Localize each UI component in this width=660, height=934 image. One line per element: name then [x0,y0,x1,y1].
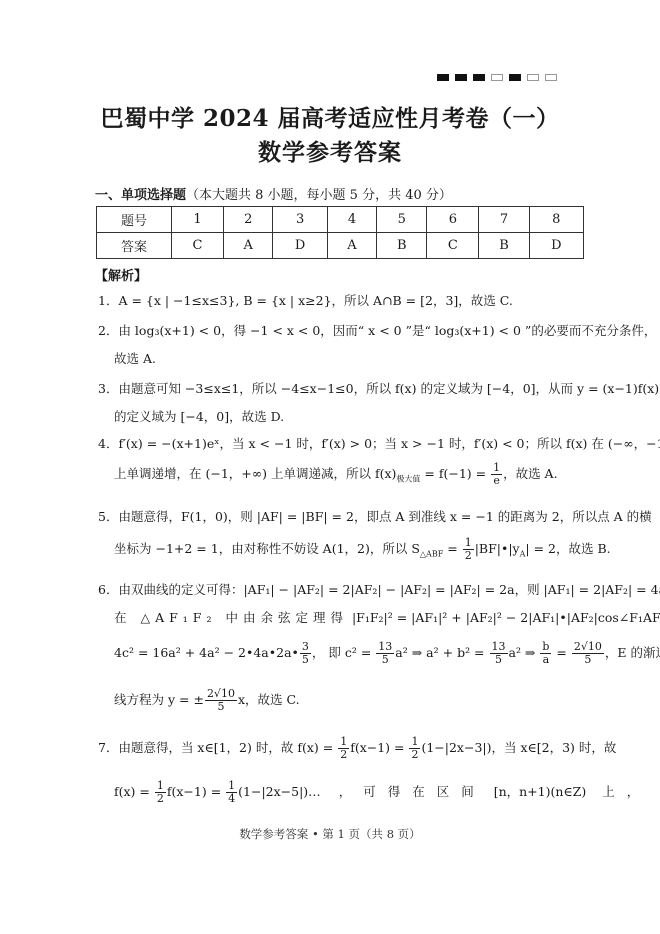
solution-5-line-2: 坐标为 −1+2 = 1，由对称性不妨设 A(1，2)，所以 S△ABF = 1… [114,537,611,564]
solution-6-line-3: 4c² = 16a² + 4a² − 2•4a•2a•35， 即 c² = 13… [114,641,660,666]
text: x，故选 C. [238,692,300,707]
answer-cell: D [529,233,583,259]
denominator: 2 [338,749,349,761]
section-heading: 一、单项选择题（本大题共 8 小题，每小题 5 分，共 40 分） [95,184,452,203]
solution-text: 由 log₃(x+1) < 0，得 −1 < x < 0，因而“ x < 0 ”… [118,323,656,338]
solution-1: 1．A = {x | −1≤x≤3}, B = {x | x≥2}，所以 A∩B… [98,292,513,310]
solution-6-line-2: 在 △AF₁F₂ 中由余弦定理得 |F₁F₂|² = |AF₁|² + |AF₂… [114,609,660,627]
fraction: ba [540,641,551,666]
text: f(x−1) = [350,740,408,755]
text: 上单调递增，在 (−1，+∞) 上单调递减，所以 f(x) [114,466,396,481]
answer-cell: A [327,233,376,259]
question-number: 6 [427,207,479,233]
denominator: 2 [463,550,474,562]
question-number: 7 [479,207,529,233]
solution-6-line-4: 线方程为 y = ±2√105x，故选 C. [114,688,300,713]
solution-text: 由双曲线的定义可得：|AF₁| − |AF₂| = 2|AF₂| − |AF₂|… [118,582,660,597]
text: ，E 的渐近 [605,645,660,660]
answer-cell: A [224,233,273,259]
text: (1−|2x−5|)… [238,784,321,799]
fraction: 2√105 [572,641,604,666]
text: = [443,541,461,556]
text: f(x) = [114,784,154,799]
denominator: 2 [155,793,166,805]
fraction: 135 [490,641,508,666]
text: 在 △AF₁F₂ 中由余弦定理得 [114,610,348,625]
text: 坐标为 −1+2 = 1，由对称性不妨设 A(1，2)，所以 S [114,541,420,556]
row-label: 答案 [97,233,172,259]
solution-number: 6． [98,582,118,597]
text: = [552,645,570,660]
barcode-marks [437,74,557,81]
solution-number: 4． [98,436,118,451]
text: = f(−1) = [420,466,490,481]
denominator: a [540,654,551,666]
filled-mark [437,74,449,81]
text: ，故选 A. [503,466,557,481]
solution-7-line-2: f(x) = 12f(x−1) = 14(1−|2x−5|)…，可得在区间[n，… [114,780,651,805]
solution-text: A = {x | −1≤x≤3}, B = {x | x≥2}，所以 A∩B =… [118,293,512,308]
answer-cell: D [273,233,327,259]
solution-4-line-1: 4．f′(x) = −(x+1)eˣ，当 x < −1 时，f′(x) > 0；… [98,435,660,453]
fraction: 12 [155,780,166,805]
fraction: 14 [226,780,237,805]
text: a² ⇒ [509,645,540,660]
question-number: 1 [172,207,224,233]
answer-cell: B [377,233,427,259]
text: 线方程为 y = ± [114,692,204,707]
text: 由题意得，当 x∈[1，2) 时，故 f(x) = [118,740,337,755]
question-number: 4 [327,207,376,233]
filled-mark [509,74,521,81]
solution-number: 2． [98,323,118,338]
answer-sheet-page: 巴蜀中学 2024 届高考适应性月考卷（一） 数学参考答案 一、单项选择题（本大… [0,0,660,934]
solution-3-line-1: 3．由题意可知 −3≤x≤1，所以 −4≤x−1≤0，所以 f(x) 的定义域为… [98,380,659,398]
exam-title: 巴蜀中学 2024 届高考适应性月考卷（一） [0,100,660,133]
filled-mark [455,74,467,81]
answer-table-row-answers: 答案 C A D A B C B D [97,233,584,259]
empty-mark [491,74,503,81]
analysis-label: 【解析】 [95,265,147,284]
question-number: 8 [529,207,583,233]
empty-mark [545,74,557,81]
text: [n，n+1)(n∈Z) [494,784,587,799]
text: ，可得在区间 [339,784,486,799]
text: 上， [602,784,651,799]
answer-table-row-numbers: 题号 1 2 3 4 5 6 7 8 [97,207,584,233]
solution-text: 由题意得，F(1，0)，则 |AF| = |BF| = 2，即点 A 到准线 x… [118,509,651,524]
denominator: 5 [205,701,237,713]
solution-text: 由题意可知 −3≤x≤1，所以 −4≤x−1≤0，所以 f(x) 的定义域为 [… [118,381,659,396]
solution-6-line-1: 6．由双曲线的定义可得：|AF₁| − |AF₂| = 2|AF₂| − |AF… [98,581,660,599]
denominator: 2 [409,749,420,761]
filled-mark [473,74,485,81]
text: ， 即 c² = [312,645,375,660]
section-note: （本大题共 8 小题，每小题 5 分，共 40 分） [186,188,452,203]
solution-5-line-1: 5．由题意得，F(1，0)，则 |AF| = |BF| = 2，即点 A 到准线… [98,508,652,526]
solution-number: 1． [98,293,118,308]
fraction: 35 [300,641,311,666]
solution-number: 7． [98,740,118,755]
fraction: 12 [409,736,420,761]
solution-7-line-1: 7．由题意得，当 x∈[1，2) 时，故 f(x) = 12f(x−1) = 1… [98,736,616,761]
solution-3-line-2: 的定义域为 [−4，0]，故选 D. [114,408,284,426]
fraction: 12 [463,537,474,562]
question-number: 5 [377,207,427,233]
answer-cell: C [172,233,224,259]
text: 4c² = 16a² + 4a² − 2•4a•2a• [114,645,299,660]
text: a² ⇒ a² + b² = [395,645,488,660]
subscript: △ABF [420,550,443,559]
question-number: 3 [273,207,327,233]
text: | = 2，故选 B. [525,541,610,556]
denominator: 5 [490,654,508,666]
denominator: 5 [376,654,394,666]
exam-subtitle: 数学参考答案 [0,134,660,167]
solution-number: 5． [98,509,118,524]
fraction: 1e [491,462,502,487]
text: (1−|2x−3|)，当 x∈[2，3) 时，故 [421,740,616,755]
empty-mark [527,74,539,81]
solution-2-line-1: 2．由 log₃(x+1) < 0，得 −1 < x < 0，因而“ x < 0… [98,322,656,340]
subscript: 极大值 [396,475,420,484]
denominator: e [491,475,502,487]
denominator: 5 [300,654,311,666]
solution-4-line-2: 上单调递增，在 (−1，+∞) 上单调递减，所以 f(x)极大值 = f(−1)… [114,462,558,489]
denominator: 4 [226,793,237,805]
row-label: 题号 [97,207,172,233]
answer-table: 题号 1 2 3 4 5 6 7 8 答案 C A D A B C B D [96,206,584,259]
text: f(x−1) = [167,784,225,799]
solution-text: f′(x) = −(x+1)eˣ，当 x < −1 时，f′(x) > 0；当 … [118,436,660,451]
text: |F₁F₂|² = |AF₁|² + |AF₂|² − 2|AF₁|•|AF₂|… [348,610,660,625]
denominator: 5 [572,654,604,666]
page-footer: 数学参考答案 • 第 1 页（共 8 页） [0,826,660,842]
text: |BF|•|y [475,541,520,556]
solution-number: 3． [98,381,118,396]
answer-cell: C [427,233,479,259]
answer-cell: B [479,233,529,259]
question-number: 2 [224,207,273,233]
solution-2-line-2: 故选 A. [114,350,156,368]
fraction: 12 [338,736,349,761]
fraction: 135 [376,641,394,666]
fraction: 2√105 [205,688,237,713]
section-title: 一、单项选择题 [95,188,186,203]
